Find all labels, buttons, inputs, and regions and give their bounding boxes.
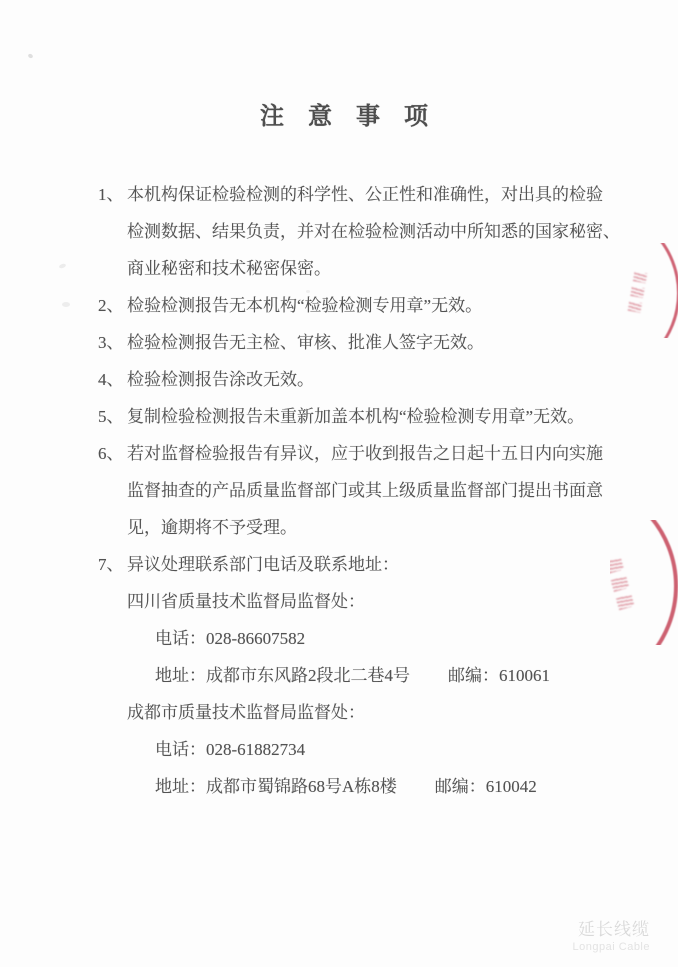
item-number: 5、 bbox=[98, 398, 127, 435]
item-number: 6、 bbox=[98, 435, 127, 546]
stamp-arc bbox=[624, 243, 678, 338]
notice-item-2: 2、 检验检测报告无本机构“检验检测专用章”无效。 bbox=[98, 287, 610, 324]
zip-value: 610061 bbox=[499, 666, 550, 685]
notice-item-4: 4、 检验检测报告涂改无效。 bbox=[98, 361, 610, 398]
address-label: 地址： bbox=[155, 777, 206, 796]
notice-body: 1、 本机构保证检验检测的科学性、公正性和准确性，对出具的检验 检测数据、结果负… bbox=[98, 176, 610, 805]
notice-item-5: 5、 复制检验检测报告未重新加盖本机构“检验检测专用章”无效。 bbox=[98, 398, 610, 435]
notice-line: 检验检测报告无主检、审核、批准人签字无效。 bbox=[127, 324, 610, 361]
notice-line: 异议处理联系部门电话及联系地址： bbox=[127, 546, 610, 583]
page-title: 注意事项 bbox=[260, 96, 452, 131]
stamp-text-marks bbox=[610, 551, 637, 617]
notice-line: 商业秘密和技术秘密保密。 bbox=[127, 250, 610, 287]
item-number: 1、 bbox=[98, 176, 127, 287]
item-text: 检验检测报告涂改无效。 bbox=[127, 361, 610, 398]
scan-artifact bbox=[62, 302, 70, 307]
notice-line: 见，逾期将不予受理。 bbox=[127, 509, 610, 546]
page-title-wrap: 注意事项 bbox=[0, 96, 678, 131]
item-text: 本机构保证检验检测的科学性、公正性和准确性，对出具的检验 检测数据、结果负责，并… bbox=[127, 176, 610, 287]
phone-label: 电话： bbox=[155, 740, 206, 759]
item-text: 异议处理联系部门电话及联系地址： bbox=[127, 546, 610, 583]
notice-document-page: 注意事项 1、 本机构保证检验检测的科学性、公正性和准确性，对出具的检验 检测数… bbox=[0, 0, 678, 967]
contact-org: 成都市质量技术监督局监督处： bbox=[127, 694, 610, 731]
contact-phone-line: 电话：028-86607582 bbox=[155, 620, 610, 657]
item-number: 7、 bbox=[98, 546, 127, 583]
red-seal-stamp-partial-bottom bbox=[610, 520, 678, 645]
watermark-english: Longpai Cable bbox=[573, 940, 650, 955]
contact-org: 四川省质量技术监督局监督处： bbox=[127, 583, 610, 620]
red-seal-stamp-partial-top bbox=[624, 243, 678, 338]
address-value: 成都市东风路2段北二巷4号 bbox=[206, 666, 410, 685]
notice-line: 检验检测报告无本机构“检验检测专用章”无效。 bbox=[127, 287, 610, 324]
contact-address-line: 地址：成都市东风路2段北二巷4号邮编：610061 bbox=[155, 657, 610, 694]
notice-item-6: 6、 若对监督检验报告有异议，应于收到报告之日起十五日内向实施 监督抽查的产品质… bbox=[98, 435, 610, 546]
item-number: 2、 bbox=[98, 287, 127, 324]
zip-label: 邮编： bbox=[435, 777, 486, 796]
scan-artifact bbox=[59, 263, 67, 269]
notice-line: 复制检验检测报告未重新加盖本机构“检验检测专用章”无效。 bbox=[127, 398, 610, 435]
zip-value: 610042 bbox=[486, 777, 537, 796]
item-number: 3、 bbox=[98, 324, 127, 361]
item-text: 复制检验检测报告未重新加盖本机构“检验检测专用章”无效。 bbox=[127, 398, 610, 435]
contact-phone-line: 电话：028-61882734 bbox=[155, 731, 610, 768]
notice-line: 监督抽查的产品质量监督部门或其上级质量监督部门提出书面意 bbox=[127, 472, 610, 509]
zip-label: 邮编： bbox=[448, 666, 499, 685]
notice-line: 若对监督检验报告有异议，应于收到报告之日起十五日内向实施 bbox=[127, 435, 610, 472]
notice-line: 检测数据、结果负责，并对在检验检测活动中所知悉的国家秘密、 bbox=[127, 213, 610, 250]
stamp-text-marks bbox=[627, 266, 648, 317]
contact-address-line: 地址：成都市蜀锦路68号A栋8楼邮编：610042 bbox=[155, 768, 610, 805]
phone-number: 028-61882734 bbox=[206, 740, 305, 759]
item-text: 若对监督检验报告有异议，应于收到报告之日起十五日内向实施 监督抽查的产品质量监督… bbox=[127, 435, 610, 546]
notice-item-7: 7、 异议处理联系部门电话及联系地址： bbox=[98, 546, 610, 583]
brand-watermark: 延长线缆 Longpai Cable bbox=[573, 920, 650, 955]
address-label: 地址： bbox=[155, 666, 206, 685]
contact-block-chengdu: 成都市质量技术监督局监督处： 电话：028-61882734 地址：成都市蜀锦路… bbox=[98, 694, 610, 805]
phone-number: 028-86607582 bbox=[206, 629, 305, 648]
item-number: 4、 bbox=[98, 361, 127, 398]
item-text: 检验检测报告无主检、审核、批准人签字无效。 bbox=[127, 324, 610, 361]
scan-artifact bbox=[27, 53, 33, 59]
stamp-arc bbox=[610, 520, 678, 645]
phone-label: 电话： bbox=[155, 629, 206, 648]
item-text: 检验检测报告无本机构“检验检测专用章”无效。 bbox=[127, 287, 610, 324]
notice-line: 检验检测报告涂改无效。 bbox=[127, 361, 610, 398]
notice-item-1: 1、 本机构保证检验检测的科学性、公正性和准确性，对出具的检验 检测数据、结果负… bbox=[98, 176, 610, 287]
address-value: 成都市蜀锦路68号A栋8楼 bbox=[206, 777, 397, 796]
notice-line: 本机构保证检验检测的科学性、公正性和准确性，对出具的检验 bbox=[127, 176, 610, 213]
notice-item-3: 3、 检验检测报告无主检、审核、批准人签字无效。 bbox=[98, 324, 610, 361]
contact-block-sichuan: 四川省质量技术监督局监督处： 电话：028-86607582 地址：成都市东风路… bbox=[98, 583, 610, 694]
scan-artifact bbox=[306, 290, 310, 293]
watermark-chinese: 延长线缆 bbox=[573, 920, 650, 940]
